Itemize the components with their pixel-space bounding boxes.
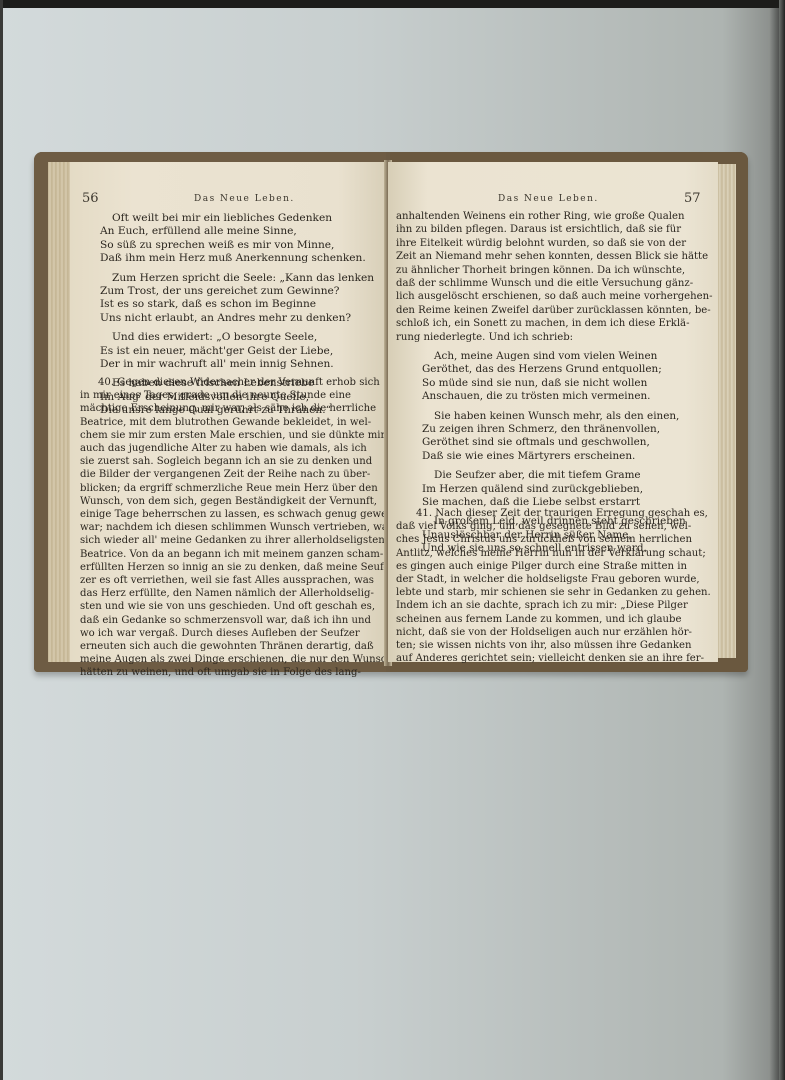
text-line: erfüllten Herzen so innig an sie zu denk… (80, 561, 380, 574)
text-line: sich wieder all' meine Gedanken zu ihrer… (80, 534, 380, 547)
text-line: lich ausgelöscht erschienen, so daß auch… (396, 290, 714, 303)
text-line: blicken; da ergriff schmerzliche Reue me… (80, 482, 380, 495)
text-line: der Stadt, in welcher die holdseligste F… (396, 573, 714, 586)
verse-line: Sie haben keinen Wunsch mehr, als den ei… (422, 410, 712, 423)
text-line: den Reime keinen Zweifel darüber zurückl… (396, 304, 714, 317)
verse-line: Und dies erwidert: „O besorgte Seele, (100, 331, 380, 344)
text-line: zu ähnlicher Thorheit bringen können. Da… (396, 264, 714, 277)
verse-line: Oft weilt bei mir ein liebliches Gedenke… (100, 212, 380, 225)
stanza: Ach, meine Augen sind vom vielen Weinen … (422, 350, 712, 404)
text-line: sten und wie sie von uns geschieden. Und… (80, 600, 380, 613)
text-line: erneuten sich auch die gewohnten Thränen… (80, 640, 380, 653)
verse-line: Ach, meine Augen sind vom vielen Weinen (422, 350, 712, 363)
open-book: 56 Das Neue Leben. Oft weilt bei mir ein… (34, 152, 748, 672)
verse-line: Zum Trost, der uns gereichet zum Gewinne… (100, 285, 380, 298)
scanner-left-edge (0, 0, 3, 1080)
stanza: Zum Herzen spricht die Seele: „Kann das … (100, 272, 380, 326)
text-line: scheinen aus fernem Lande zu kommen, und… (396, 613, 714, 626)
text-line: daß viel Volks ging, um das gesegnete Bi… (396, 520, 714, 533)
verse-line: Es ist ein neuer, mächt'ger Geist der Li… (100, 345, 380, 358)
text-line: das Herz erfüllte, den Namen nämlich der… (80, 587, 380, 600)
text-line: war; nachdem ich diesen schlimmen Wunsch… (80, 521, 380, 534)
page-edges-right (716, 164, 736, 658)
verse-line: So müde sind sie nun, daß sie nicht woll… (422, 377, 712, 390)
running-head-left: Das Neue Leben. (194, 194, 295, 204)
verse-line: Daß ihm mein Herz muß Anerkennung schenk… (100, 252, 380, 265)
page-number-right: 57 (684, 191, 701, 206)
scanner-top-edge (0, 0, 785, 8)
text-line: daß ein Gedanke so schmerzensvoll war, d… (80, 614, 380, 627)
text-line: lebte und starb, mir schienen sie sehr i… (396, 586, 714, 599)
verse-line: Die Seufzer aber, die mit tiefem Grame (422, 469, 712, 482)
verse-line: Zum Herzen spricht die Seele: „Kann das … (100, 272, 380, 285)
scanner-right-edge (779, 0, 785, 1080)
text-line: Beatrice, mit dem blutrothen Gewande bek… (80, 416, 380, 429)
verse-line: Uns nicht erlaubt, an Andres mehr zu den… (100, 312, 380, 325)
text-line: rung niederlegte. Und ich schrieb: (396, 331, 714, 344)
text-line: 40. Gegen diesen Widersacher der Vernunf… (80, 376, 380, 389)
verse-line: Anschauen, die zu trösten mich vermeinen… (422, 390, 712, 403)
text-line: zer es oft verriethen, weil sie fast All… (80, 574, 380, 587)
text-line: nicht, daß sie von der Holdseligen auch … (396, 626, 714, 639)
stanza: Und dies erwidert: „O besorgte Seele, Es… (100, 331, 380, 371)
left-page: 56 Das Neue Leben. Oft weilt bei mir ein… (70, 162, 386, 662)
text-line: sie zuerst sah. Sogleich begann ich an s… (80, 455, 380, 468)
verse-line: Ist es so stark, daß es schon im Beginne (100, 298, 380, 311)
verse-line: Zu zeigen ihren Schmerz, den thränenvoll… (422, 423, 712, 436)
stanza: Oft weilt bei mir ein liebliches Gedenke… (100, 212, 380, 266)
text-line: Wunsch, von dem sich, gegen Beständigkei… (80, 495, 380, 508)
text-line: in mir eines Tages, grade um die neunte … (80, 389, 380, 402)
verse-line: Geröthet sind sie oftmals und geschwolle… (422, 436, 712, 449)
text-line: auf Anderes gerichtet sein; vielleicht d… (396, 652, 714, 665)
verse-line: Geröthet, das des Herzens Grund entquoll… (422, 363, 712, 376)
paragraph-41: 41. Nach dieser Zeit der traurigen Erreg… (396, 507, 714, 665)
verse-line: An Euch, erfüllend alle meine Sinne, (100, 225, 380, 238)
text-line: schloß ich, ein Sonett zu machen, in dem… (396, 317, 714, 330)
text-line: ihn zu bilden pflegen. Daraus ist ersich… (396, 223, 714, 236)
text-line: Zeit an Niemand mehr sehen konnten, dess… (396, 250, 714, 263)
verse-line: So süß zu sprechen weiß es mir von Minne… (100, 239, 380, 252)
text-line: ihre Eitelkeit würdig belohnt wurden, so… (396, 237, 714, 250)
text-line: meine Augen als zwei Dinge erschienen, d… (80, 653, 380, 666)
right-page: Das Neue Leben. 57 anhaltenden Weinens e… (388, 162, 718, 662)
text-line: hätten zu weinen, und oft umgab sie in F… (80, 666, 380, 679)
stanza: Die Seufzer aber, die mit tiefem Grame I… (422, 469, 712, 509)
paragraph-continued: anhaltenden Weinens ein rother Ring, wie… (396, 210, 714, 344)
text-line: ches Jesus Christus uns zurückließ von s… (396, 533, 714, 546)
text-line: mächtige Erscheinung, mir war, als sähe … (80, 402, 380, 415)
text-line: wo ich war vergaß. Durch dieses Aufleben… (80, 627, 380, 640)
verse-line: Daß sie wie eines Märtyrers erscheinen. (422, 450, 712, 463)
paragraph-40: 40. Gegen diesen Widersacher der Vernunf… (80, 376, 380, 680)
text-line: es gingen auch einige Pilger durch eine … (396, 560, 714, 573)
text-line: einige Tage beherrschen zu lassen, es sc… (80, 508, 380, 521)
stanza: Sie haben keinen Wunsch mehr, als den ei… (422, 410, 712, 464)
text-line: 41. Nach dieser Zeit der traurigen Erreg… (396, 507, 714, 520)
text-line: auch das jugendliche Alter zu haben wie … (80, 442, 380, 455)
text-line: ten; sie wissen nichts von ihr, also müs… (396, 639, 714, 652)
running-head-right: Das Neue Leben. (498, 194, 599, 204)
verse-line: Der in mir wachruft all' mein innig Sehn… (100, 358, 380, 371)
text-line: anhaltenden Weinens ein rother Ring, wie… (396, 210, 714, 223)
text-line: Beatrice. Von da an begann ich mit meine… (80, 548, 380, 561)
text-line: die Bilder der vergangenen Zeit der Reih… (80, 468, 380, 481)
page-number-left: 56 (82, 191, 99, 206)
text-line: Antlitz, welches meine Herrin nun in der… (396, 547, 714, 560)
text-line: daß der schlimme Wunsch und die eitle Ve… (396, 277, 714, 290)
text-line: Indem ich an sie dachte, sprach ich zu m… (396, 599, 714, 612)
verse-line: Im Herzen quälend sind zurückgeblieben, (422, 483, 712, 496)
text-line: chem sie mir zum ersten Male erschien, u… (80, 429, 380, 442)
